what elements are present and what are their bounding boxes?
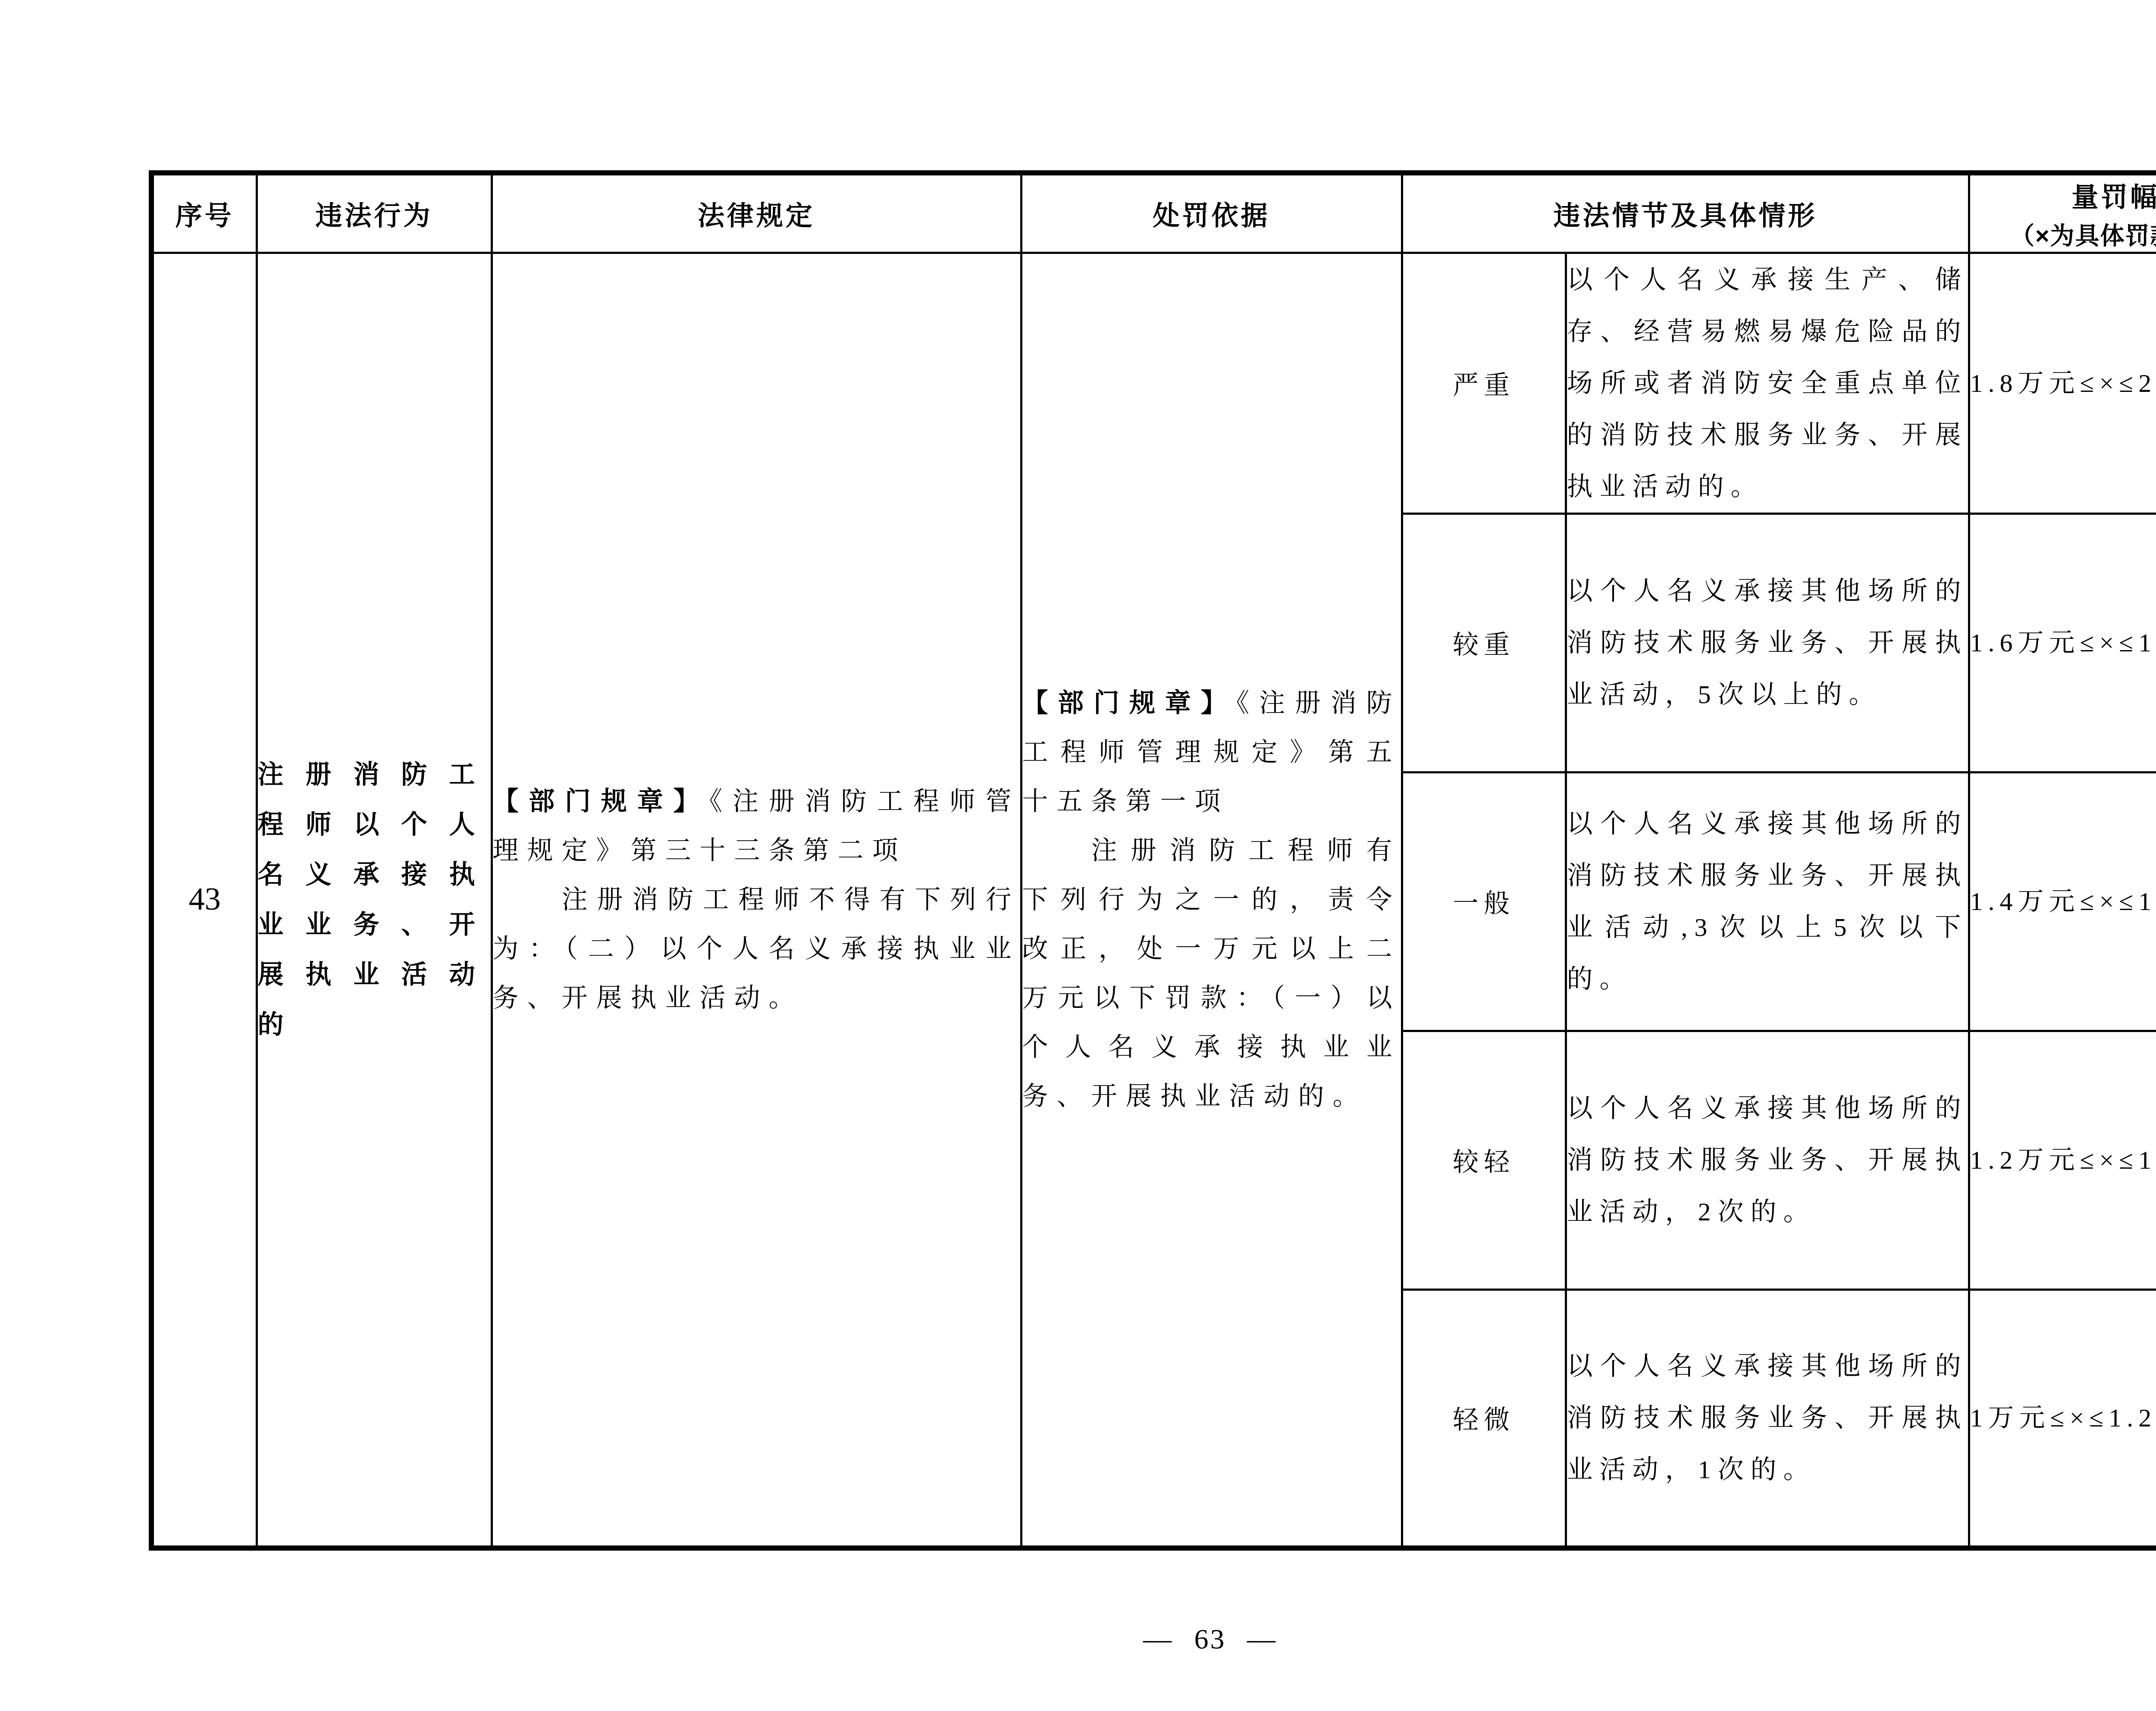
situation-cell: 以个人名义承接其他场所的消防技术服务业务、开展执业活动，5次以上的。 <box>1566 513 1969 772</box>
col-header-penalty-basis: 处罚依据 <box>1021 173 1402 253</box>
col-header-circumstances: 违法情节及具体情形 <box>1402 173 1969 253</box>
penalty-range-cell: 1.6万元≤×≤1.8万元 <box>1969 513 2156 772</box>
penalty-range-header-line2: （×为具体罚款金额） <box>1970 217 2156 251</box>
col-header-legal-basis: 法律规定 <box>492 173 1021 253</box>
regulation-table: 序号 违法行为 法律规定 处罚依据 违法情节及具体情形 量罚幅度 （×为具体罚款… <box>149 170 2156 1551</box>
penalty-range-cell: 1万元≤×≤1.2万元 <box>1969 1289 2156 1548</box>
legal-basis-paragraph-2: 注册消防工程师不得有下列行为：（二）以个人名义承接执业业务、开展执业活动。 <box>493 875 1020 1023</box>
col-header-penalty-range: 量罚幅度 （×为具体罚款金额） <box>1969 173 2156 253</box>
document-page: 序号 违法行为 法律规定 处罚依据 违法情节及具体情形 量罚幅度 （×为具体罚款… <box>0 0 2156 1711</box>
illegal-act-cell: 注册消防工程师以个人名义承接执业业务、开展执业活动的 <box>257 253 492 1548</box>
page-number: — 63 — <box>0 1623 2156 1656</box>
col-header-illegal-act: 违法行为 <box>257 173 492 253</box>
table-row-severe: 43 注册消防工程师以个人名义承接执业业务、开展执业活动的 【部门规章】《注册消… <box>151 253 2156 513</box>
situation-cell: 以个人名义承接其他场所的消防技术服务业务、开展执业活动，1次的。 <box>1566 1289 1969 1548</box>
regulation-table-wrapper: 序号 违法行为 法律规定 处罚依据 违法情节及具体情形 量罚幅度 （×为具体罚款… <box>149 170 2156 1551</box>
penalty-basis-paragraph-1: 【部门规章】《注册消防工程师管理规定》第五十五条第一项 <box>1022 679 1401 826</box>
situation-cell: 以个人名义承接其他场所的消防技术服务业务、开展执业活动，2次的。 <box>1566 1031 1969 1289</box>
severity-cell: 严重 <box>1402 253 1566 513</box>
penalty-range-cell: 1.2万元≤×≤1.4万元 <box>1969 1031 2156 1289</box>
severity-cell: 较重 <box>1402 513 1566 772</box>
penalty-range-cell: 1.4万元≤×≤1.6万元 <box>1969 772 2156 1031</box>
penalty-range-header-line1: 量罚幅度 <box>2071 183 2156 213</box>
severity-cell: 一般 <box>1402 772 1566 1031</box>
penalty-basis-paragraph-2: 注册消防工程师有下列行为之一的，责令改正，处一万元以上二万元以下罚款：（一）以个… <box>1022 826 1401 1121</box>
penalty-basis-cell: 【部门规章】《注册消防工程师管理规定》第五十五条第一项 注册消防工程师有下列行为… <box>1021 253 1402 1548</box>
header-row: 序号 违法行为 法律规定 处罚依据 违法情节及具体情形 量罚幅度 （×为具体罚款… <box>151 173 2156 253</box>
seq-cell: 43 <box>151 253 257 1548</box>
severity-cell: 较轻 <box>1402 1031 1566 1289</box>
penalty-basis-source-tag: 【部门规章】 <box>1022 688 1237 717</box>
severity-cell: 轻微 <box>1402 1289 1566 1548</box>
legal-basis-source-tag: 【部门规章】 <box>493 787 710 816</box>
col-header-seq: 序号 <box>151 173 257 253</box>
penalty-range-cell: 1.8万元≤×≤2万元 <box>1969 253 2156 513</box>
legal-basis-cell: 【部门规章】《注册消防工程师管理规定》第三十三条第二项 注册消防工程师不得有下列… <box>492 253 1021 1548</box>
situation-cell: 以个人名义承接生产、储存、经营易燃易爆危险品的场所或者消防安全重点单位的消防技术… <box>1566 253 1969 513</box>
legal-basis-paragraph-1: 【部门规章】《注册消防工程师管理规定》第三十三条第二项 <box>493 777 1020 875</box>
situation-cell: 以个人名义承接其他场所的消防技术服务业务、开展执业活动,3次以上5次以下的。 <box>1566 772 1969 1031</box>
